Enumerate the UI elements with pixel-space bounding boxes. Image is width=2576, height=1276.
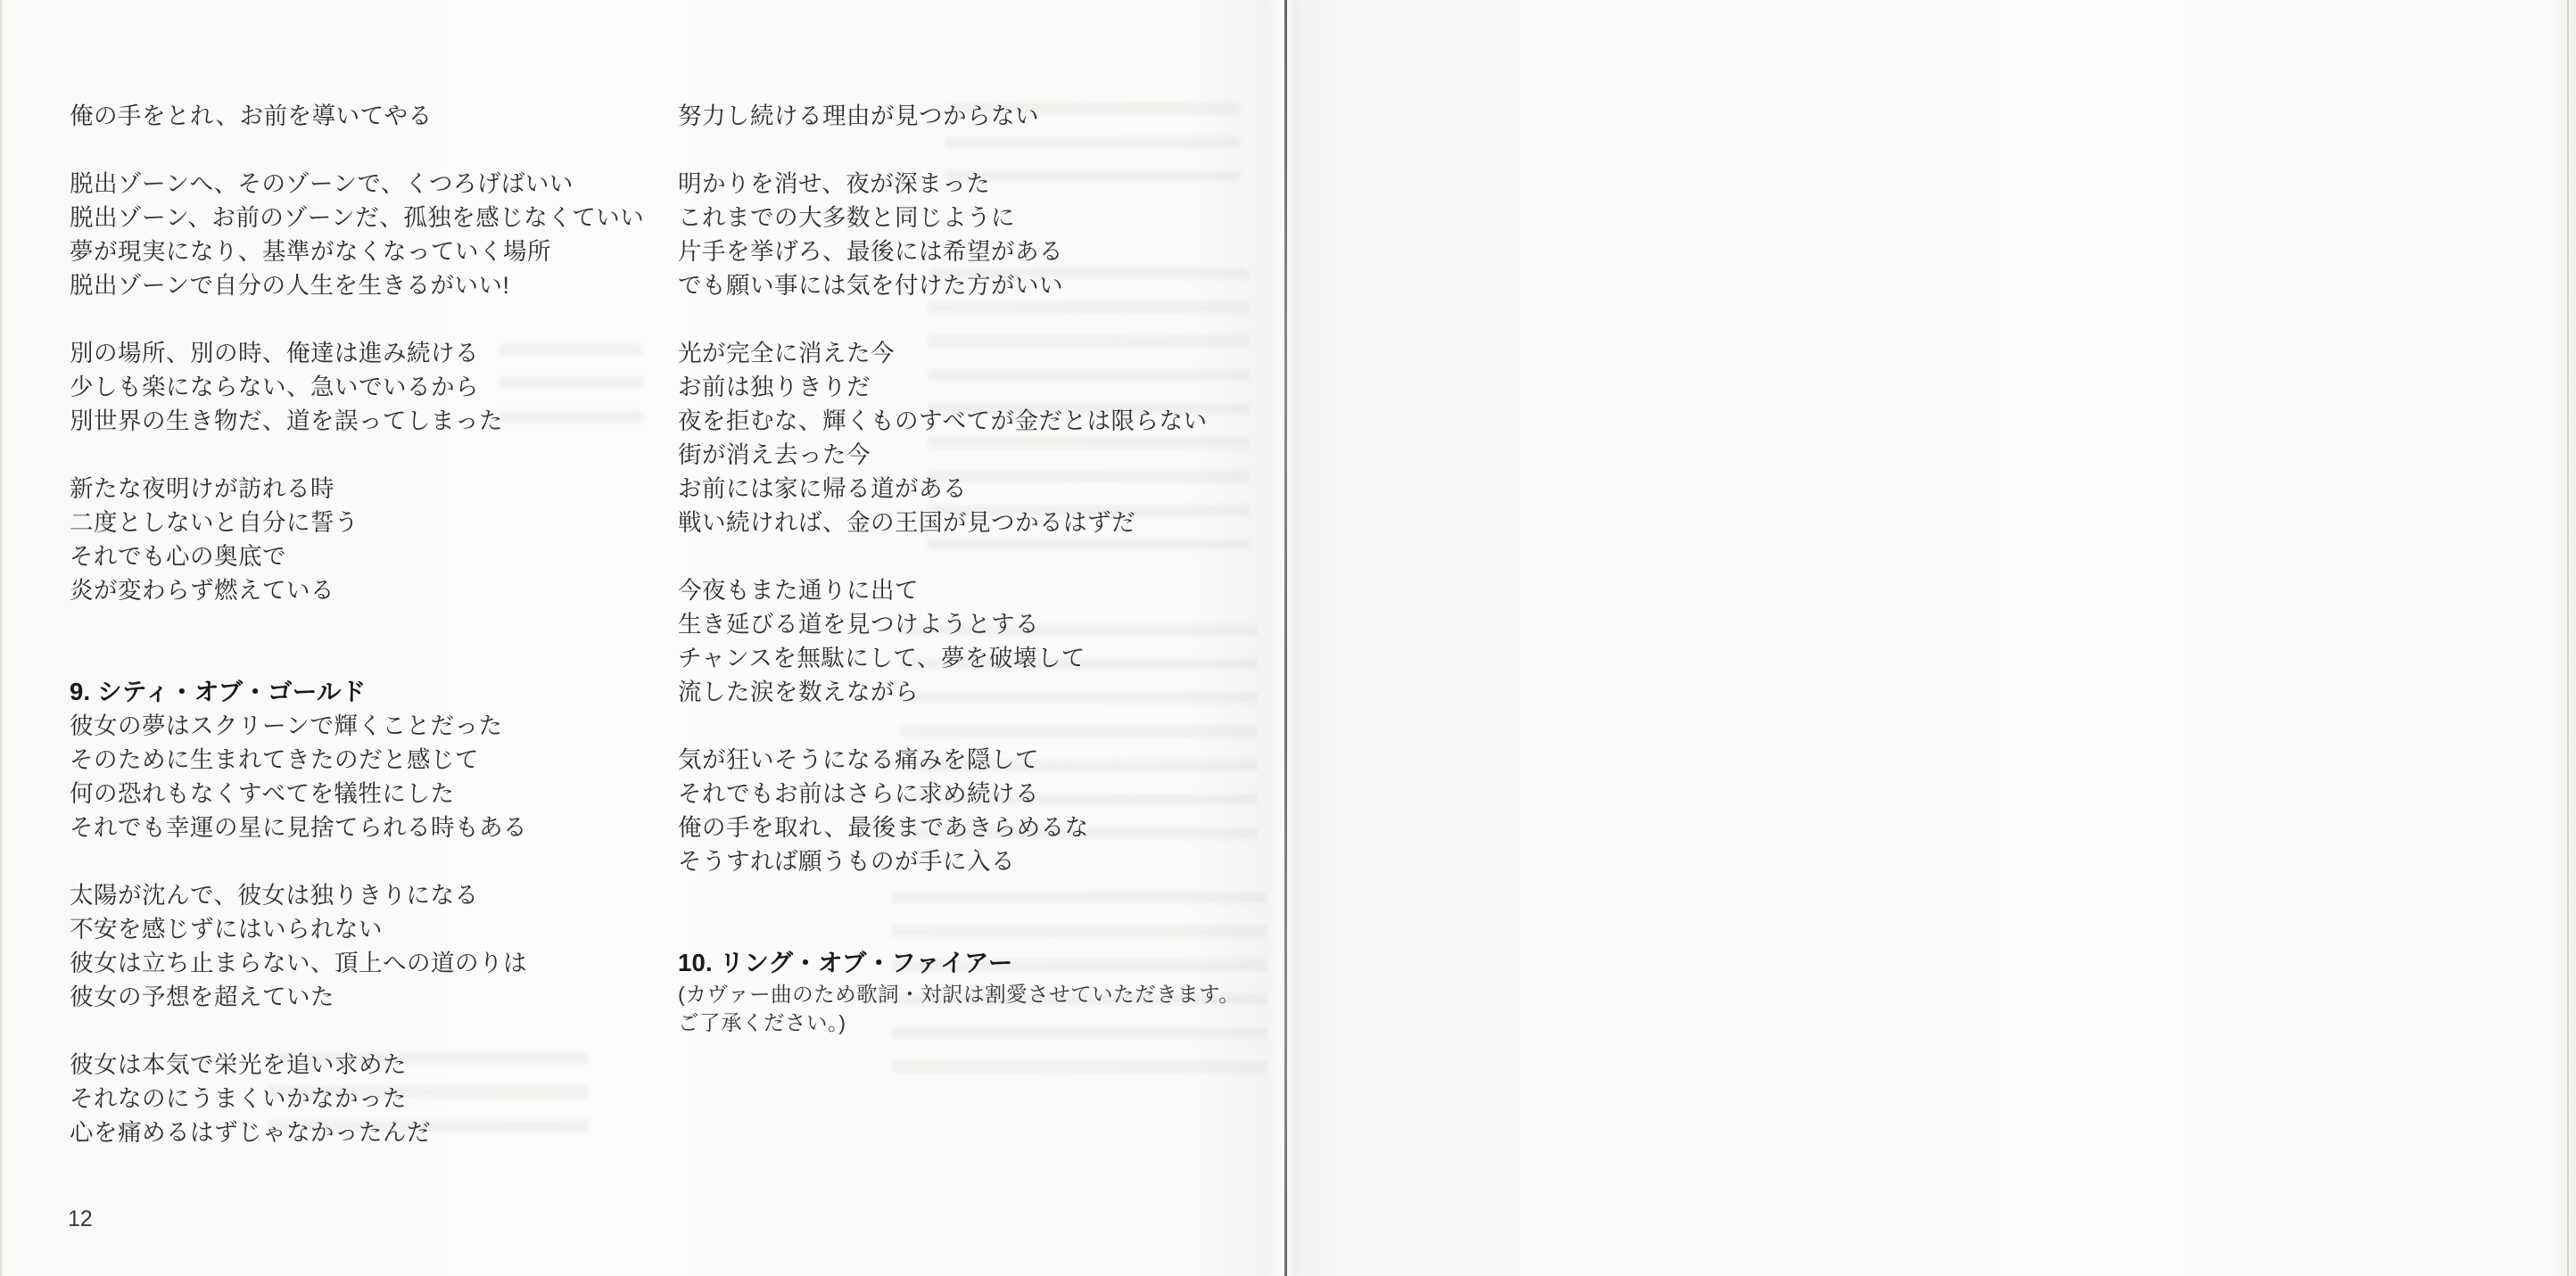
lyric-line: 脱出ゾーンへ、そのゾーンで、くつろげばいい (70, 167, 644, 201)
lyric-line: それなのにうまくいかなかった (70, 1082, 644, 1115)
lyric-line: 彼女の予想を超えていた (70, 980, 644, 1014)
lyric-line: 今夜もまた通りに出て (678, 573, 1240, 607)
lyric-line: 俺の手をとれ、お前を導いてやる (70, 99, 644, 133)
booklet-spread: 俺の手をとれ、お前を導いてやる 脱出ゾーンへ、そのゾーンで、くつろげばいい脱出ゾ… (0, 0, 2576, 1276)
blank-line (678, 302, 1240, 336)
page-13: 11. パワー・アンド・グローリー黒い闇が街を覆うそれでも明かりの下で答えを探し… (1288, 0, 2576, 1276)
lyrics-column-1: 俺の手をとれ、お前を導いてやる 脱出ゾーンへ、そのゾーンで、くつろげばいい脱出ゾ… (70, 99, 644, 1149)
blank-line (70, 607, 644, 641)
note-line: (カヴァー曲のため歌詞・対訳は割愛させていただきます。 (678, 980, 1240, 1008)
lyric-line: 脱出ゾーン、お前のゾーンだ、孤独を感じなくていい (70, 201, 644, 235)
lyric-line: お前は独りきりだ (678, 370, 1240, 404)
right-page-edge (2567, 0, 2569, 1276)
lyric-line: 少しも楽にならない、急いでいるから (70, 370, 644, 404)
lyric-line: 脱出ゾーンで自分の人生を生きるがいい! (70, 268, 644, 302)
blank-line (678, 878, 1240, 912)
lyric-line: 気が狂いそうになる痛みを隠して (678, 743, 1240, 777)
lyric-line: 夢が現実になり、基準がなくなっていく場所 (70, 235, 644, 268)
lyric-line: 流した涙を数えながら (678, 675, 1240, 709)
track-title-line: 10. リング・オブ・ファイアー (678, 946, 1240, 980)
blank-line (678, 912, 1240, 946)
lyric-line: 片手を挙げろ、最後には希望がある (678, 235, 1240, 268)
lyric-line: 彼女は立ち止まらない、頂上への道のりは (70, 946, 644, 980)
lyric-line: 明かりを消せ、夜が深まった (678, 167, 1240, 201)
page-number-left: 12 (68, 1206, 93, 1232)
lyric-line: 生き延びる道を見つけようとする (678, 607, 1240, 641)
blank-line (70, 302, 644, 336)
lyric-line: 街が消え去った今 (678, 438, 1240, 472)
lyric-line: お前には家に帰る道がある (678, 472, 1240, 506)
center-fold (1284, 0, 1287, 1276)
blank-line (678, 539, 1240, 573)
left-page-edge (0, 0, 2, 1276)
lyric-line: チャンスを無駄にして、夢を破壊して (678, 641, 1240, 675)
lyric-line: そうすれば願うものが手に入る (678, 844, 1240, 878)
page-12: 俺の手をとれ、お前を導いてやる 脱出ゾーンへ、そのゾーンで、くつろげばいい脱出ゾ… (0, 0, 1288, 1276)
lyric-line: 二度としないと自分に誓う (70, 506, 644, 539)
lyric-line: 不安を感じずにはいられない (70, 912, 644, 946)
lyric-line: 戦い続ければ、金の王国が見つかるはずだ (678, 506, 1240, 539)
lyric-line: 別の場所、別の時、俺達は進み続ける (70, 336, 644, 370)
note-line: ご了承ください。) (678, 1008, 1240, 1037)
lyric-line: これまでの大多数と同じように (678, 201, 1240, 235)
lyric-line: でも願い事には気を付けた方がいい (678, 268, 1240, 302)
lyric-line: 心を痛めるはずじゃなかったんだ (70, 1115, 644, 1149)
lyric-line: 新たな夜明けが訪れる時 (70, 472, 644, 506)
blank-line (70, 844, 644, 878)
lyric-line: 彼女は本気で栄光を追い求めた (70, 1048, 644, 1082)
blank-line (70, 641, 644, 675)
lyric-line: 彼女の夢はスクリーンで輝くことだった (70, 709, 644, 743)
blank-line (70, 1014, 644, 1048)
lyric-line: そのために生まれてきたのだと感じて (70, 743, 644, 777)
lyric-line: 別世界の生き物だ、道を誤ってしまった (70, 404, 644, 438)
lyric-line: それでもお前はさらに求め続ける (678, 777, 1240, 811)
blank-line (70, 438, 644, 472)
lyric-line: 太陽が沈んで、彼女は独りきりになる (70, 878, 644, 912)
track-title-line: 9. シティ・オブ・ゴールド (70, 675, 644, 709)
lyric-line: 俺の手を取れ、最後まであきらめるな (678, 811, 1240, 844)
lyric-line: それでも幸運の星に見捨てられる時もある (70, 811, 644, 844)
lyric-line: 炎が変わらず燃えている (70, 573, 644, 607)
lyric-line: それでも心の奥底で (70, 539, 644, 573)
blank-line (70, 133, 644, 167)
blank-line (678, 133, 1240, 167)
blank-line (678, 709, 1240, 743)
lyric-line: 光が完全に消えた今 (678, 336, 1240, 370)
lyrics-column-2: 努力し続ける理由が見つからない 明かりを消せ、夜が深まったこれまでの大多数と同じ… (678, 99, 1240, 1037)
lyric-line: 夜を拒むな、輝くものすべてが金だとは限らない (678, 404, 1240, 438)
lyric-line: 何の恐れもなくすべてを犠牲にした (70, 777, 644, 811)
lyric-line: 努力し続ける理由が見つからない (678, 99, 1240, 133)
